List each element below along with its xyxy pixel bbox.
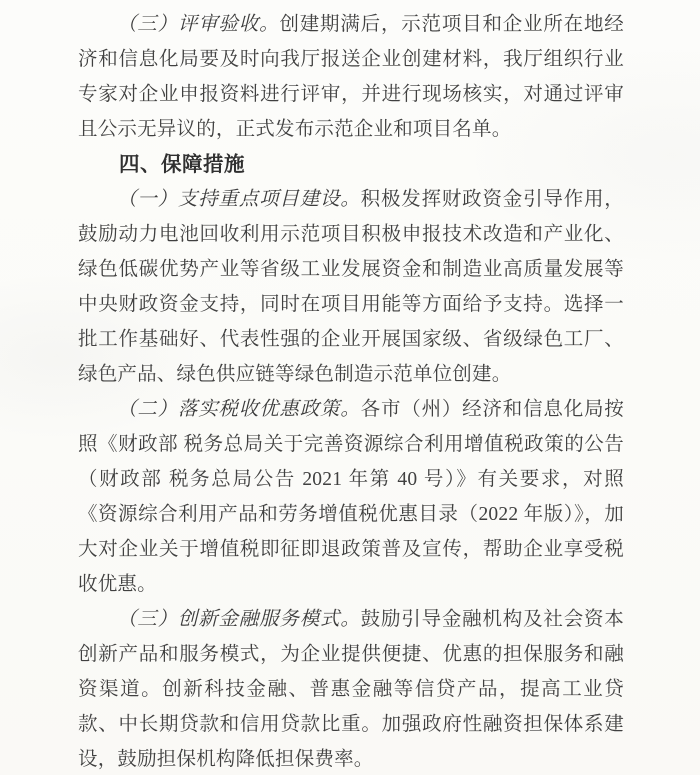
paragraph-lead: （一）支持重点项目建设。	[117, 189, 361, 210]
paragraph-lead: （三）创新金融服务模式。	[117, 609, 361, 630]
paragraph-body: 积极发挥财政资金引导作用，鼓励动力电池回收利用示范项目积极申报技术改造和产业化、…	[78, 189, 624, 385]
paragraph-body: 各市（州）经济和信息化局按照《财政部 税务总局关于完善资源综合利用增值税政策的公…	[78, 399, 624, 595]
paragraph-body: 鼓励引导金融机构及社会资本创新产品和服务模式，为企业提供便捷、优惠的担保服务和融…	[78, 609, 624, 770]
paragraph-review-acceptance: （三）评审验收。创建期满后，示范项目和企业所在地经济和信息化局要及时向我厅报送企…	[78, 7, 624, 147]
paragraph-lead: （二）落实税收优惠政策。	[117, 399, 361, 420]
paragraph-tax-policy: （二）落实税收优惠政策。各市（州）经济和信息化局按照《财政部 税务总局关于完善资…	[78, 392, 624, 602]
paragraph-project-support: （一）支持重点项目建设。积极发挥财政资金引导作用，鼓励动力电池回收利用示范项目积…	[78, 182, 624, 392]
section-heading-safeguard-measures: 四、保障措施	[78, 147, 624, 182]
scanned-document-page: （三）评审验收。创建期满后，示范项目和企业所在地经济和信息化局要及时向我厅报送企…	[0, 0, 700, 775]
paragraph-lead: （三）评审验收。	[117, 14, 279, 35]
paragraph-financial-services: （三）创新金融服务模式。鼓励引导金融机构及社会资本创新产品和服务模式，为企业提供…	[78, 602, 624, 775]
